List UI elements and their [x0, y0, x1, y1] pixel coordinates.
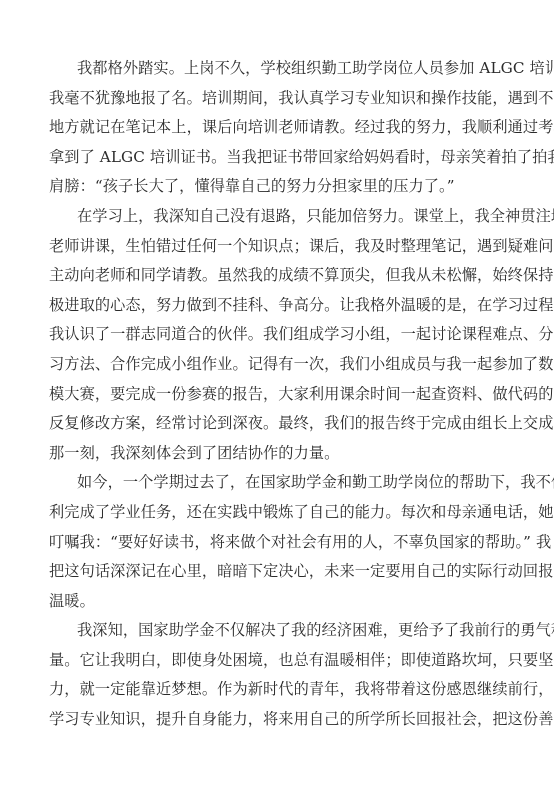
text-line: 我认识了一群志同道合的伙伴。我们组成学习小组，一起讨论课程难点、分享学	[49, 320, 507, 350]
text-line: 学习专业知识，提升自身能力，将来用自己的所学所长回报社会，把这份善意传	[49, 705, 507, 735]
text-line: 如今，一个学期过去了，在国家助学金和勤工助学岗位的帮助下，我不仅顺	[49, 468, 507, 498]
text-line: 主动向老师和同学请教。虽然我的成绩不算顶尖，但我从未松懈，始终保持着积	[49, 261, 507, 291]
text-line: 习方法、合作完成小组作业。记得有一次，我们小组成员与我一起参加了数学建	[49, 350, 507, 380]
document-body: 我都格外踏实。上岗不久，学校组织勤工助学岗位人员参加 ALGC 培训， 我毫不犹…	[49, 54, 507, 735]
text-line: 叮嘱我：“要好好读书，将来做个对社会有用的人，不辜负国家的帮助。” 我	[49, 528, 507, 558]
paragraph-3: 如今，一个学期过去了，在国家助学金和勤工助学岗位的帮助下，我不仅顺 利完成了学业…	[49, 468, 507, 616]
text-line: 我毫不犹豫地报了名。培训期间，我认真学习专业知识和操作技能，遇到不懂的	[49, 84, 507, 114]
text-line: 模大赛，要完成一份参赛的报告，大家利用课余时间一起查资料、做代码的调试、	[49, 380, 507, 410]
paragraph-2: 在学习上，我深知自己没有退路，只能加倍努力。课堂上，我全神贯注地听 老师讲课，生…	[49, 202, 507, 468]
text-line: 利完成了学业任务，还在实践中锻炼了自己的能力。每次和母亲通电话，她总会	[49, 498, 507, 528]
text-line: 力，就一定能靠近梦想。作为新时代的青年，我将带着这份感恩继续前行，努力	[49, 675, 507, 705]
text-line: 极进取的心态，努力做到不挂科、争高分。让我格外温暖的是，在学习过程中，	[49, 291, 507, 321]
text-line: 我都格外踏实。上岗不久，学校组织勤工助学岗位人员参加 ALGC 培训，	[49, 54, 507, 84]
text-line: 那一刻，我深刻体会到了团结协作的力量。	[49, 439, 507, 469]
text-line: 量。它让我明白，即使身处困境，也总有温暖相伴；即使道路坎坷，只要坚持努	[49, 646, 507, 676]
document-page: 我都格外踏实。上岗不久，学校组织勤工助学岗位人员参加 ALGC 培训， 我毫不犹…	[0, 0, 554, 787]
text-line: 把这句话深深记在心里，暗暗下定决心，未来一定要用自己的实际行动回报这份	[49, 557, 507, 587]
text-line: 温暖。	[49, 587, 507, 617]
text-line: 反复修改方案，经常讨论到深夜。最终，我们的报告终于完成由组长上交成功的	[49, 409, 507, 439]
text-line: 在学习上，我深知自己没有退路，只能加倍努力。课堂上，我全神贯注地听	[49, 202, 507, 232]
text-line: 肩膀：“孩子长大了，懂得靠自己的努力分担家里的压力了。”	[49, 172, 507, 202]
paragraph-1: 我都格外踏实。上岗不久，学校组织勤工助学岗位人员参加 ALGC 培训， 我毫不犹…	[49, 54, 507, 202]
text-line: 地方就记在笔记本上，课后向培训老师请教。经过我的努力，我顺利通过考核，	[49, 113, 507, 143]
text-line: 我深知，国家助学金不仅解决了我的经济困难，更给予了我前行的勇气和力	[49, 616, 507, 646]
text-line: 老师讲课，生怕错过任何一个知识点；课后，我及时整理笔记，遇到疑难问题就	[49, 232, 507, 262]
paragraph-4: 我深知，国家助学金不仅解决了我的经济困难，更给予了我前行的勇气和力 量。它让我明…	[49, 616, 507, 734]
text-line: 拿到了 ALGC 培训证书。当我把证书带回家给妈妈看时，母亲笑着拍了拍我的	[49, 143, 507, 173]
